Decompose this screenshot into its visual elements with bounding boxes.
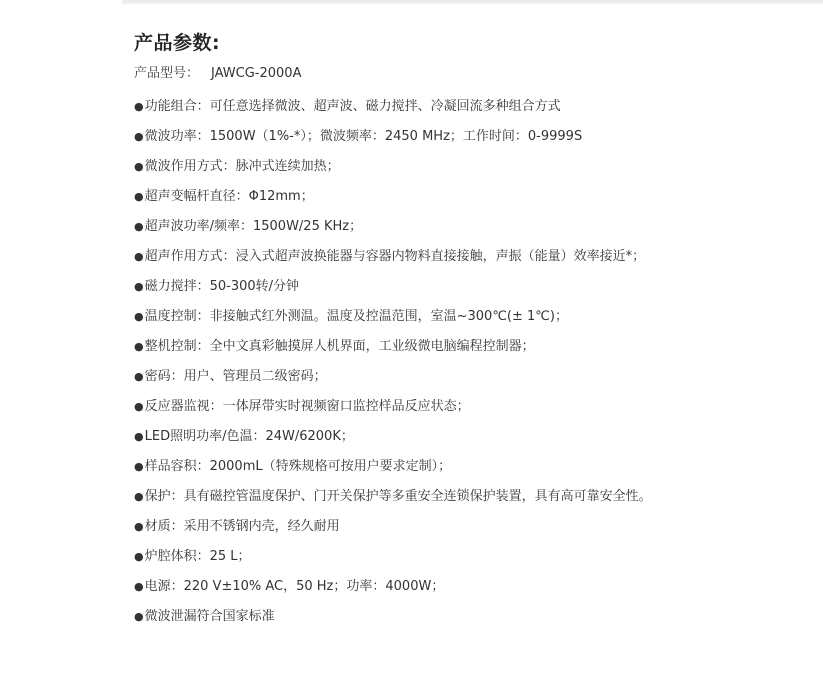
spec-text: 整机控制：全中文真彩触摸屏人机界面，工业级微电脑编程控制器； [145,339,535,354]
spec-text: 材质：采用不锈钢内壳，经久耐用 [145,519,340,534]
spec-item: ●超声变幅杆直径：Φ12mm； [134,182,814,212]
spec-item: ●密码：用户、管理员二级密码； [134,362,814,392]
top-divider-bar [122,0,823,4]
spec-text: 超声作用方式：浸入式超声波换能器与容器内物料直接接触，声振（能量）效率接近*； [145,249,646,264]
spec-text: 磁力搅拌：50-300转/分钟 [145,279,299,294]
spec-text: 超声波功率/频率：1500W/25 KHz； [145,219,363,234]
spec-text: 密码：用户、管理员二级密码； [145,369,327,384]
spec-text: 微波作用方式：脉冲式连续加热； [145,159,340,174]
bullet-icon: ● [134,310,144,323]
product-model-value: JAWCG-2000A [211,66,301,81]
bullet-icon: ● [134,250,144,263]
spec-item: ●LED照明功率/色温：24W/6200K； [134,422,814,452]
spec-text: 样品容积：2000mL（特殊规格可按用户要求定制）； [145,459,452,474]
spec-text: 功能组合：可任意选择微波、超声波、磁力搅拌、冷凝回流多种组合方式 [145,99,561,114]
spec-item: ●超声作用方式：浸入式超声波换能器与容器内物料直接接触，声振（能量）效率接近*； [134,242,814,272]
spec-text: 微波功率：1500W（1%-*）；微波频率：2450 MHz；工作时间：0-99… [145,129,583,144]
bullet-icon: ● [134,550,144,563]
spec-text: 反应器监视：一体屏带实时视频窗口监控样品反应状态； [145,399,470,414]
bullet-icon: ● [134,520,144,533]
bullet-icon: ● [134,220,144,233]
spec-text: 电源：220 V±10% AC，50 Hz；功率：4000W； [145,579,445,594]
bullet-icon: ● [134,460,144,473]
bullet-icon: ● [134,340,144,353]
spec-item: ●反应器监视：一体屏带实时视频窗口监控样品反应状态； [134,392,814,422]
spec-item: ●材质：采用不锈钢内壳，经久耐用 [134,512,814,542]
bullet-icon: ● [134,160,144,173]
spec-item: ●炉腔体积：25 L； [134,542,814,572]
spec-text: LED照明功率/色温：24W/6200K； [145,429,354,444]
section-title: 产品参数: [134,30,814,56]
spec-list: ●功能组合：可任意选择微波、超声波、磁力搅拌、冷凝回流多种组合方式 ●微波功率：… [134,92,814,632]
bullet-icon: ● [134,430,144,443]
product-parameters-section: 产品参数: 产品型号：JAWCG-2000A ●功能组合：可任意选择微波、超声波… [134,30,814,632]
spec-item: ●温度控制：非接触式红外测温。温度及控温范围，室温~300℃(± 1℃)； [134,302,814,332]
bullet-icon: ● [134,190,144,203]
bullet-icon: ● [134,280,144,293]
spec-item: ●保护：具有磁控管温度保护、门开关保护等多重安全连锁保护装置，具有高可靠安全性。 [134,482,814,512]
spec-item: ●微波功率：1500W（1%-*）；微波频率：2450 MHz；工作时间：0-9… [134,122,814,152]
bullet-icon: ● [134,370,144,383]
spec-item: ●磁力搅拌：50-300转/分钟 [134,272,814,302]
spec-text: 超声变幅杆直径：Φ12mm； [145,189,314,204]
spec-text: 温度控制：非接触式红外测温。温度及控温范围，室温~300℃(± 1℃)； [145,309,568,324]
bullet-icon: ● [134,580,144,593]
product-model-line: 产品型号：JAWCG-2000A [134,62,814,86]
spec-item: ●微波作用方式：脉冲式连续加热； [134,152,814,182]
bullet-icon: ● [134,490,144,503]
spec-text: 炉腔体积：25 L； [145,549,251,564]
spec-item: ●整机控制：全中文真彩触摸屏人机界面，工业级微电脑编程控制器； [134,332,814,362]
spec-item: ●微波泄漏符合国家标准 [134,602,814,632]
spec-item: ●电源：220 V±10% AC，50 Hz；功率：4000W； [134,572,814,602]
bullet-icon: ● [134,610,144,623]
bullet-icon: ● [134,400,144,413]
spec-item: ●样品容积：2000mL（特殊规格可按用户要求定制）； [134,452,814,482]
bullet-icon: ● [134,130,144,143]
bullet-icon: ● [134,100,144,113]
spec-text: 保护：具有磁控管温度保护、门开关保护等多重安全连锁保护装置，具有高可靠安全性。 [145,489,652,504]
product-model-label: 产品型号： [134,66,199,81]
spec-item: ●超声波功率/频率：1500W/25 KHz； [134,212,814,242]
spec-item: ●功能组合：可任意选择微波、超声波、磁力搅拌、冷凝回流多种组合方式 [134,92,814,122]
spec-text: 微波泄漏符合国家标准 [145,609,275,624]
